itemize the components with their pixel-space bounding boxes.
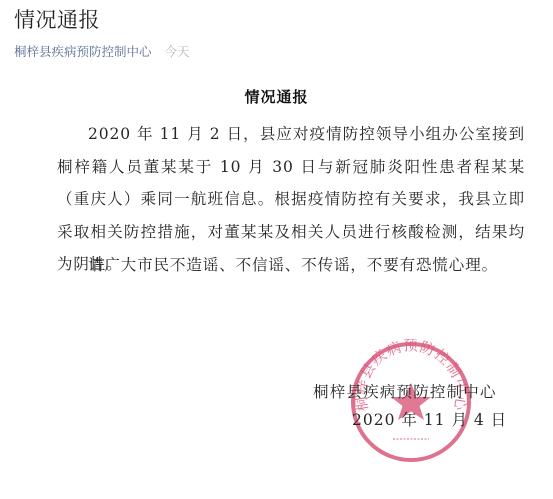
signature-date: 2020 年 11 月 4 日 xyxy=(352,409,507,431)
document-image: 情况通报 2020 年 11 月 2 日，县应对疫情防控领导小组办公室接到桐梓籍… xyxy=(0,0,553,499)
document-heading: 情况通报 xyxy=(0,86,553,107)
document-paragraph: 请广大市民不造谣、不信谣、不传谣，不要有恐慌心理。 xyxy=(57,249,525,282)
signature-organization: 桐梓县疾病预防控制中心 xyxy=(313,381,533,403)
